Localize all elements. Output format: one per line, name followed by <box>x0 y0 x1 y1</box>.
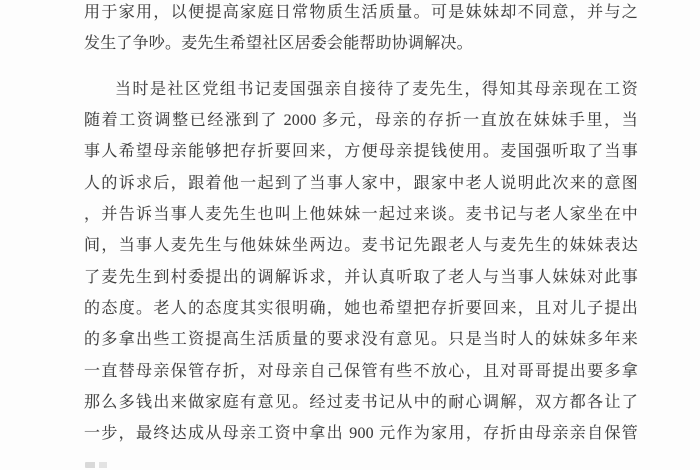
text-line: 随着工资调整已经涨到了 2000 多元，母亲的存折一直放在妹妹手里，当 <box>84 105 638 136</box>
text-line: 的态度。老人的态度其实很明确，她也希望把存折要回来，且对儿子提出 <box>84 293 638 324</box>
text-line: 一直替母亲保管存折，对母亲自己保管有些不放心，且对哥哥提出要多拿 <box>84 356 638 387</box>
text-line: 那么多钱出来做家庭有意见。经过麦书记从中的耐心调解，双方都各让了 <box>84 387 638 418</box>
text-line: 一步，最终达成从母亲工资中拿出 900 元作为家用，存折由母亲亲自保管 <box>84 418 638 449</box>
document-page: 用于家用，以便提高家庭日常物质生活质量。可是妹妹却不同意，并与之 发生了争吵。麦… <box>84 0 638 450</box>
paragraph-continued: 用于家用，以便提高家庭日常物质生活质量。可是妹妹却不同意，并与之 发生了争吵。麦… <box>84 0 638 60</box>
text-line: 的多拿出些工资提高生活质量的要求没有意见。只是当时人的妹妹多年来 <box>84 324 638 355</box>
text-line: 间，当事人麦先生与他妹妹坐两边。麦书记先跟老人与麦先生的妹妹表达 <box>84 230 638 261</box>
text-line: 人的诉求后，跟着他一起到了当事人家中，跟家中老人说明此次来的意图 <box>84 168 638 199</box>
text-line: ，并告诉当事人麦先生也叫上他妹妹一起过来谈。麦书记与老人家坐在中 <box>84 199 638 230</box>
cut-off-next-line-sliver <box>85 462 111 468</box>
text-line: 当时是社区党组书记麦国强亲自接待了麦先生，得知其母亲现在工资 <box>84 74 638 105</box>
text-line: 事人希望母亲能够把存折要回来，方便母亲提钱使用。麦国强听取了当事 <box>84 136 638 167</box>
text-line: 发生了争吵。麦先生希望社区居委会能帮助协调解决。 <box>84 28 638 59</box>
paragraph-mediation-case: 当时是社区党组书记麦国强亲自接待了麦先生，得知其母亲现在工资 随着工资调整已经涨… <box>84 74 638 450</box>
text-line: 了麦先生到村委提出的调解诉求，并认真听取了老人与当事人妹妹对此事 <box>84 262 638 293</box>
text-line: 用于家用，以便提高家庭日常物质生活质量。可是妹妹却不同意，并与之 <box>84 0 638 28</box>
